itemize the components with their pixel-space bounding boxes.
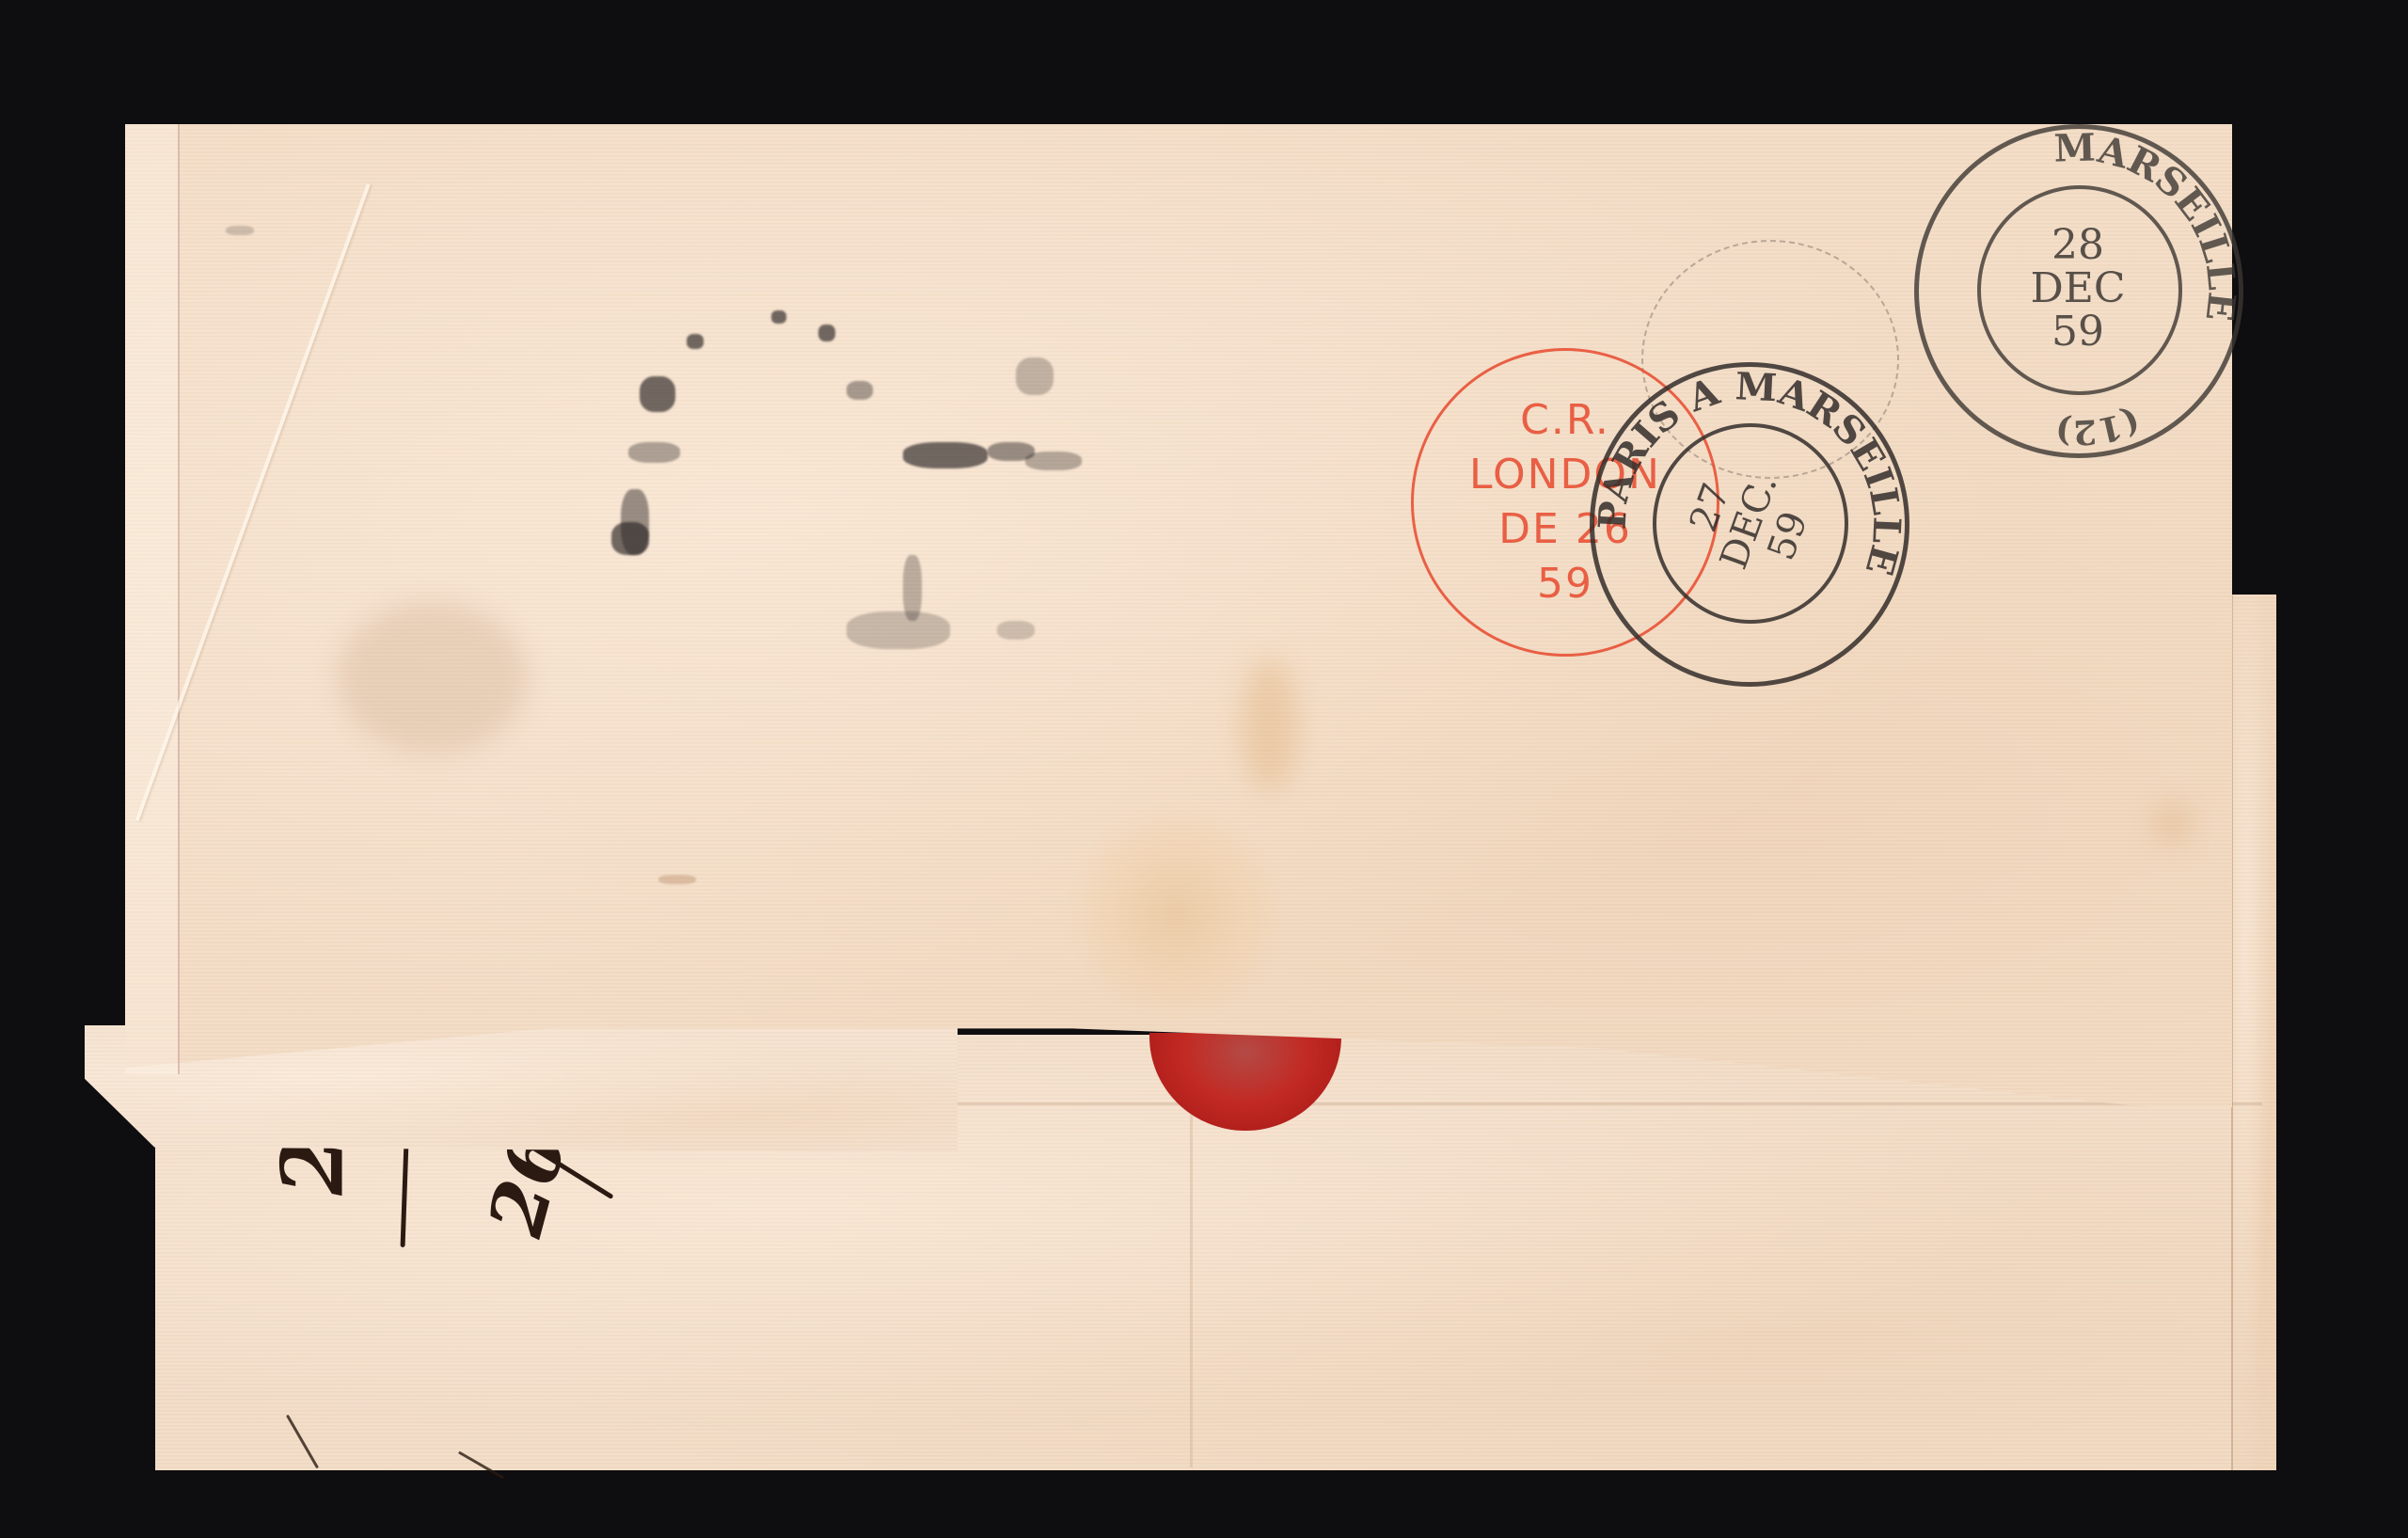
postmark-line: 59: [1537, 557, 1593, 611]
seal-impression-through-paper: [1063, 800, 1289, 1025]
paris-a-marseille-postmark: PARIS A MARSEILLE 27 DEC. 59: [1590, 362, 1909, 687]
stain: [2154, 804, 2192, 842]
top-sheet-margin-strip: [125, 124, 180, 1074]
stain: [339, 602, 527, 753]
stain: [1242, 658, 1298, 790]
svg-text:(12): (12): [2053, 401, 2146, 452]
marseille-postmark: MARSEILLE (12) 28 DEC 59: [1914, 124, 2243, 458]
back-sheet-right-edge: [2231, 595, 2276, 1470]
letter-photograph: 28 26 C.R. LONDON DE 26 5: [0, 0, 2408, 1538]
postmark-date: 28 DEC 59: [1977, 185, 2178, 391]
